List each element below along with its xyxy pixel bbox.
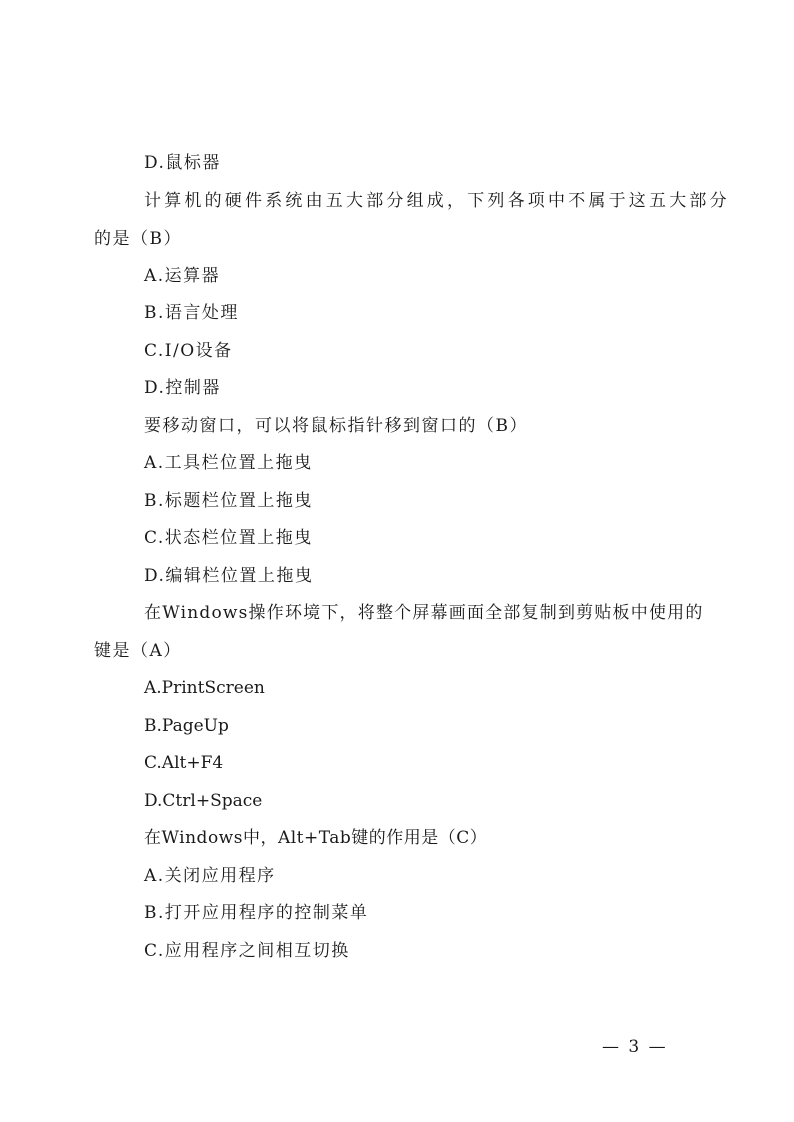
question-move-window: 要移动窗口，可以将鼠标指针移到窗口的（B） [144, 415, 528, 437]
question-hardware-line2: 的是（B） [94, 228, 182, 250]
option-a-alu: A.运算器 [144, 265, 220, 287]
option-b-language: B.语言处理 [144, 302, 239, 324]
option-a-close-app: A.关闭应用程序 [144, 865, 276, 887]
option-a-printscreen: A.PrintScreen [144, 677, 265, 699]
option-c-statusbar: C.状态栏位置上拖曳 [144, 527, 313, 549]
option-c-io: C.I/O设备 [144, 340, 233, 362]
question-printscreen-line2: 键是（A） [94, 640, 182, 662]
question-alttab: 在Windows中，Alt+Tab键的作用是（C） [144, 827, 487, 849]
question-printscreen-line1: 在Windows操作环境下，将整个屏幕画面全部复制到剪贴板中使用的 [144, 602, 704, 624]
option-b-pageup: B.PageUp [144, 715, 229, 737]
option-c-altf4: C.Alt+F4 [144, 752, 223, 774]
option-d-editbar: D.编辑栏位置上拖曳 [144, 565, 313, 587]
option-b-control-menu: B.打开应用程序的控制菜单 [144, 902, 368, 924]
option-d-controller: D.控制器 [144, 377, 221, 399]
page-number: — 3 — [602, 1036, 668, 1058]
question-hardware-line1: 计算机的硬件系统由五大部分组成，下列各项中不属于这五大部分 [144, 190, 730, 212]
option-b-titlebar: B.标题栏位置上拖曳 [144, 490, 313, 512]
option-a-toolbar: A.工具栏位置上拖曳 [144, 452, 313, 474]
document-page: D.鼠标器 计算机的硬件系统由五大部分组成，下列各项中不属于这五大部分 的是（B… [0, 0, 794, 1122]
option-d-mouse: D.鼠标器 [144, 152, 221, 174]
option-c-switch-apps: C.应用程序之间相互切换 [144, 940, 350, 962]
option-d-ctrlspace: D.Ctrl+Space [144, 790, 262, 812]
